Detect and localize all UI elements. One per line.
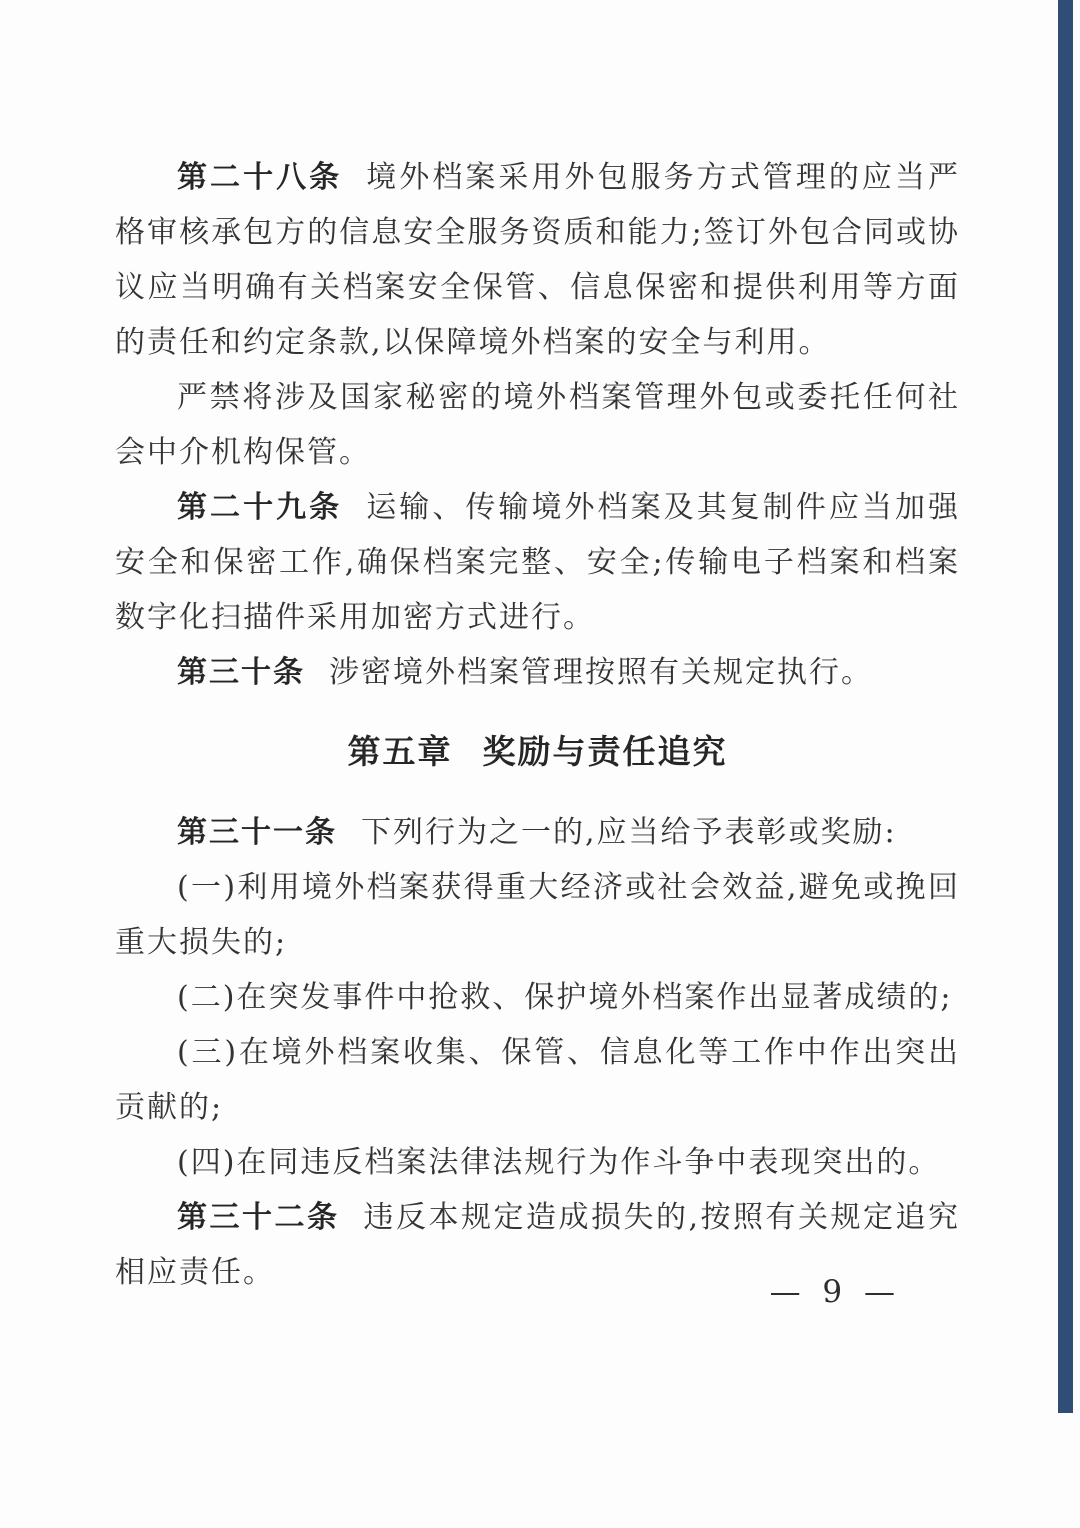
- page-number: — 9 —: [770, 1272, 897, 1312]
- paragraph-text: 严禁将涉及国家秘密的境外档案管理外包或委托任何社会中介机构保管。: [115, 380, 960, 470]
- article-paragraph: 第二十九条运输、传输境外档案及其复制件应当加强安全和保密工作,确保档案完整、安全…: [115, 480, 960, 645]
- chapter-title-text: 奖励与责任追究: [483, 732, 728, 771]
- paragraph-text: 涉密境外档案管理按照有关规定执行。: [329, 655, 873, 690]
- paragraph-text: (二)在突发事件中抢救、保护境外档案作出显著成绩的;: [177, 980, 953, 1015]
- paragraph-text: (三)在境外档案收集、保管、信息化等工作中作出突出贡献的;: [115, 1035, 960, 1125]
- article-paragraph: 第二十八条境外档案采用外包服务方式管理的应当严格审核承包方的信息安全服务资质和能…: [115, 150, 960, 370]
- paragraph-text: (一)利用境外档案获得重大经济或社会效益,避免或挽回重大损失的;: [115, 870, 960, 960]
- article-number-label: 第二十八条: [177, 160, 342, 195]
- document-page: 第二十八条境外档案采用外包服务方式管理的应当严格审核承包方的信息安全服务资质和能…: [0, 0, 1080, 1528]
- body-paragraph: 严禁将涉及国家秘密的境外档案管理外包或委托任何社会中介机构保管。: [115, 370, 960, 480]
- chapter-number-label: 第五章: [348, 732, 453, 771]
- list-item-paragraph: (一)利用境外档案获得重大经济或社会效益,避免或挽回重大损失的;: [115, 860, 960, 970]
- list-item-paragraph: (二)在突发事件中抢救、保护境外档案作出显著成绩的;: [115, 970, 960, 1025]
- article-paragraph: 第三十条涉密境外档案管理按照有关规定执行。: [115, 645, 960, 700]
- article-number-label: 第三十条: [177, 655, 305, 690]
- document-body: 第二十八条境外档案采用外包服务方式管理的应当严格审核承包方的信息安全服务资质和能…: [115, 150, 960, 1300]
- article-number-label: 第三十二条: [177, 1200, 340, 1235]
- chapter-heading: 第五章奖励与责任追究: [115, 724, 960, 779]
- article-number-label: 第二十九条: [177, 490, 342, 525]
- article-paragraph: 第三十一条下列行为之一的,应当给予表彰或奖励:: [115, 805, 960, 860]
- list-item-paragraph: (三)在境外档案收集、保管、信息化等工作中作出突出贡献的;: [115, 1025, 960, 1135]
- list-item-paragraph: (四)在同违反档案法律法规行为作斗争中表现突出的。: [115, 1135, 960, 1190]
- paragraph-text: (四)在同违反档案法律法规行为作斗争中表现突出的。: [177, 1145, 940, 1180]
- paragraph-text: 下列行为之一的,应当给予表彰或奖励:: [361, 815, 897, 850]
- article-number-label: 第三十一条: [177, 815, 337, 850]
- right-edge-accent-bar: [1058, 0, 1073, 1413]
